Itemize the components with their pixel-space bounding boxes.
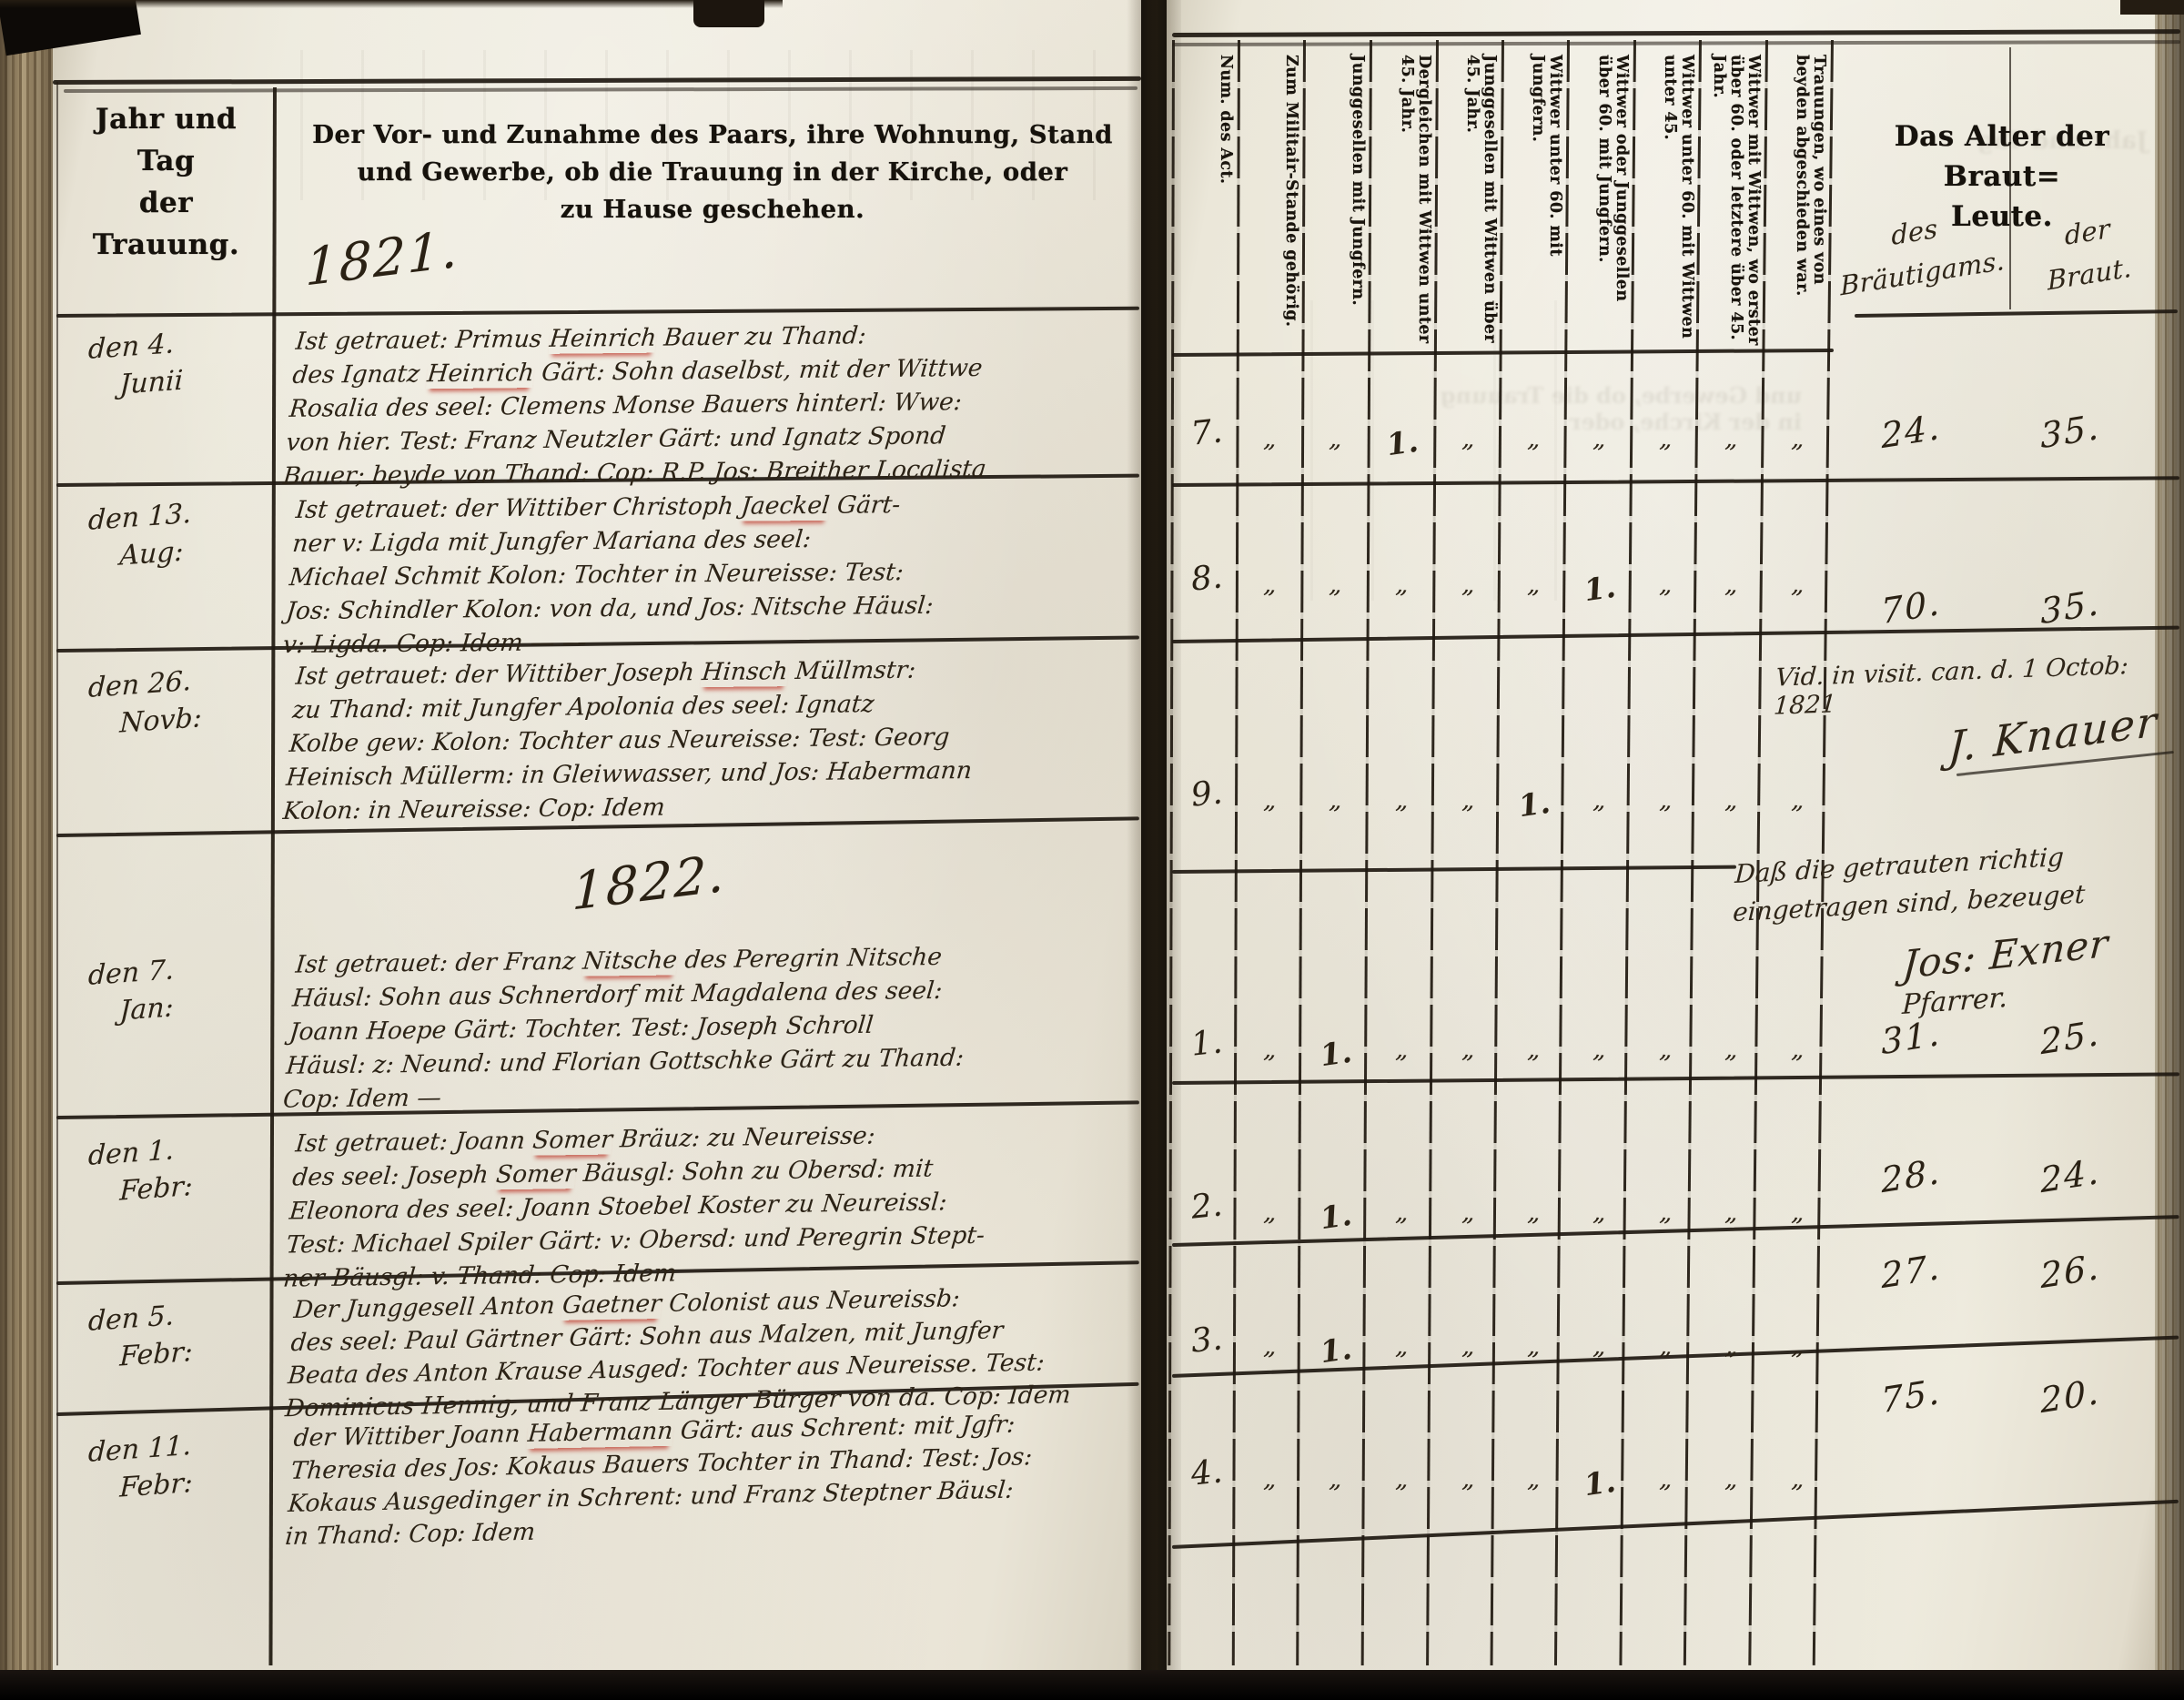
tally-mark-ditto: „ [1381,569,1424,601]
column-header: Junggesellen mit Jungfern. [1312,55,1366,346]
tally-mark-one: 1. [1314,1330,1359,1371]
tally-mark-ditto: „ [1579,1197,1622,1229]
tally-mark-ditto: „ [1381,784,1424,816]
tally-mark-one: 1. [1380,422,1425,463]
tally-mark-ditto: „ [1381,1197,1424,1229]
tally-mark-ditto: „ [1249,1331,1292,1362]
entry-date-day: den 7. [87,954,174,992]
top-edge-shadow [0,0,783,8]
tally-mark-ditto: „ [1513,423,1556,455]
tally-mark-ditto: „ [1249,1463,1292,1495]
header-line: Der Vor- und Zunahme des Paars, ihre Woh… [289,116,1136,154]
red-underlined-surname: Heinrich [426,359,535,389]
column-header: Wittwer oder Junggesellen über 60. mit J… [1576,55,1630,346]
red-underlined-surname: Somer [495,1159,578,1189]
left-table-left-border [56,82,58,1665]
tally-mark-one: 1. [1512,784,1557,825]
column-header: Wittwer unter 60. mit Jungfern. [1511,55,1563,346]
book-spread-scan: Jahr und Tag und Gewerbe, ob die Trauung… [0,0,2184,1700]
entry-date: den 5.Febr: [86,1293,270,1375]
header-line: Trauung. [68,224,264,266]
tally-mark-ditto: „ [1777,784,1820,816]
tally-mark-ditto: „ [1645,1463,1688,1495]
tally-mark-ditto: „ [1579,1034,1622,1066]
entry-date: den 1.Febr: [86,1128,270,1209]
entry-date-day: den 1. [87,1134,174,1172]
register-entry: Ist getrauet: der Franz Nitsche des Pere… [281,937,1143,1117]
left-header-date-column: Jahr und Tag der Trauung. [68,98,264,266]
register-entry: Ist getrauet: der Wittiber Joseph Hinsch… [281,651,1143,828]
row-num: 2. [1179,1185,1234,1228]
tally-mark-ditto: „ [1448,1331,1491,1362]
column-header: Wittwer mit Wittwen, wo erster über 60. … [1708,55,1762,346]
tally-mark-ditto: „ [1513,1197,1556,1229]
red-underlined-surname: Gaetner [561,1290,663,1321]
tally-mark-ditto: „ [1513,569,1556,601]
bottom-scan-bar [0,1670,2184,1700]
top-edge-notch [693,0,764,27]
tally-mark-ditto: „ [1513,1463,1556,1495]
tally-mark-ditto: „ [1513,1331,1556,1362]
tally-mark-ditto: „ [1777,569,1820,601]
top-right-edge-shadow [2120,0,2184,15]
tally-mark-ditto: „ [1249,423,1292,455]
column-header: Trauungen, wo eines von beyden abgeschie… [1774,55,1827,346]
tally-mark-ditto: „ [1448,1463,1491,1495]
entry-date-day: den 13. [87,498,191,537]
tally-mark-ditto: „ [1711,423,1754,455]
tally-mark-ditto: „ [1315,569,1358,601]
tally-mark-ditto: „ [1645,1197,1688,1229]
tally-mark-ditto: „ [1448,423,1491,455]
red-underlined-surname: Nitsche [581,946,678,976]
tally-mark-ditto: „ [1711,784,1754,816]
tally-mark-ditto: „ [1249,1034,1292,1066]
row-num: 4. [1179,1452,1234,1494]
register-entry: Ist getrauet: Primus Heinrich Bauer zu T… [281,316,1143,493]
column-header: Dergleichen mit Wittwen unter 45. Jahr. [1379,55,1432,346]
tally-mark-ditto: „ [1315,784,1358,816]
row-num: 7. [1179,411,1234,454]
tally-mark-ditto: „ [1777,1034,1820,1066]
book-spine-edge [0,0,53,1670]
red-underlined-surname: Hinsch [701,657,789,687]
header-line: und Gewerbe, ob die Trauung in der Kirch… [289,154,1136,191]
tally-mark-ditto: „ [1513,1034,1556,1066]
entry-date: den 13.Aug: [86,492,270,574]
register-entry: Der Junggesell Anton Gaetner Colonist au… [284,1280,1141,1425]
header-line: Jahr und Tag [68,98,264,182]
tally-mark-ditto: „ [1645,423,1688,455]
register-entry: der Wittiber Joann Habermann Gärt: aus S… [284,1406,1141,1553]
tally-mark-ditto: „ [1711,1463,1754,1495]
red-underlined-surname: Somer [531,1126,614,1156]
tally-mark-ditto: „ [1315,423,1358,455]
tally-mark-ditto: „ [1711,1331,1754,1362]
tally-mark-ditto: „ [1711,569,1754,601]
tally-mark-ditto: „ [1448,1197,1491,1229]
tally-mark-one: 1. [1314,1033,1359,1074]
register-entry: Ist getrauet: der Wittiber Christoph Jae… [281,486,1144,662]
column-header: Num. des Act. [1181,55,1234,346]
tally-mark-ditto: „ [1645,784,1688,816]
entry-date-day: den 26. [87,665,191,704]
entry-date-day: den 11. [87,1430,191,1469]
tally-mark-ditto: „ [1579,784,1622,816]
entry-date: den 26.Novb: [86,660,270,742]
tally-mark-ditto: „ [1777,423,1820,455]
tally-mark-ditto: „ [1448,784,1491,816]
tally-mark-ditto: „ [1777,1463,1820,1495]
tally-mark-one: 1. [1314,1196,1359,1237]
row-num: 1. [1179,1022,1234,1065]
tally-mark-ditto: „ [1579,1331,1622,1362]
tally-mark-ditto: „ [1645,1331,1688,1362]
header-line: Das Alter der Braut= [1838,116,2166,197]
left-header-main-column: Der Vor- und Zunahme des Paars, ihre Woh… [289,116,1136,228]
red-underlined-surname: Heinrich [548,324,657,354]
row-num: 3. [1179,1319,1234,1361]
tally-mark-ditto: „ [1448,569,1491,601]
entry-date: den 7.Jan: [86,947,270,1029]
tally-mark-ditto: „ [1249,784,1292,816]
column-header: Junggesellen mit Wittwen über 45. Jahr. [1445,55,1498,346]
tally-mark-ditto: „ [1579,423,1622,455]
tally-mark-ditto: „ [1777,1331,1820,1362]
column-header: Zum Militair-Stande gehörig. [1247,55,1299,346]
tally-mark-one: 1. [1578,1462,1623,1503]
entry-date: den 11.Febr: [86,1424,270,1506]
header-line: der [68,182,264,224]
register-entry: Ist getrauet: Joann Somer Bräuz: zu Neur… [282,1115,1144,1295]
column-header: Wittwer unter 60. mit Wittwen unter 45. [1643,55,1695,346]
row-num: 9. [1179,773,1234,815]
tally-mark-ditto: „ [1711,1034,1754,1066]
tally-mark-ditto: „ [1381,1463,1424,1495]
tally-mark-ditto: „ [1777,1197,1820,1229]
tally-mark-one: 1. [1578,568,1623,609]
tally-mark-ditto: „ [1249,1197,1292,1229]
entry-date-day: den 4. [87,328,174,366]
red-underlined-surname: Habermann [527,1417,674,1449]
tally-mark-ditto: „ [1315,1463,1358,1495]
red-underlined-surname: Jaeckel [740,491,831,521]
tally-mark-ditto: „ [1249,569,1292,601]
entry-date: den 4.Junii [86,321,270,403]
tally-mark-ditto: „ [1448,1034,1491,1066]
header-line: zu Hause geschehen. [289,191,1136,228]
tally-mark-ditto: „ [1645,1034,1688,1066]
tally-mark-ditto: „ [1381,1034,1424,1066]
tally-mark-ditto: „ [1381,1331,1424,1362]
entry-date-day: den 5. [87,1300,174,1338]
row-num: 8. [1179,557,1234,600]
tally-mark-ditto: „ [1645,569,1688,601]
tally-mark-ditto: „ [1711,1197,1754,1229]
